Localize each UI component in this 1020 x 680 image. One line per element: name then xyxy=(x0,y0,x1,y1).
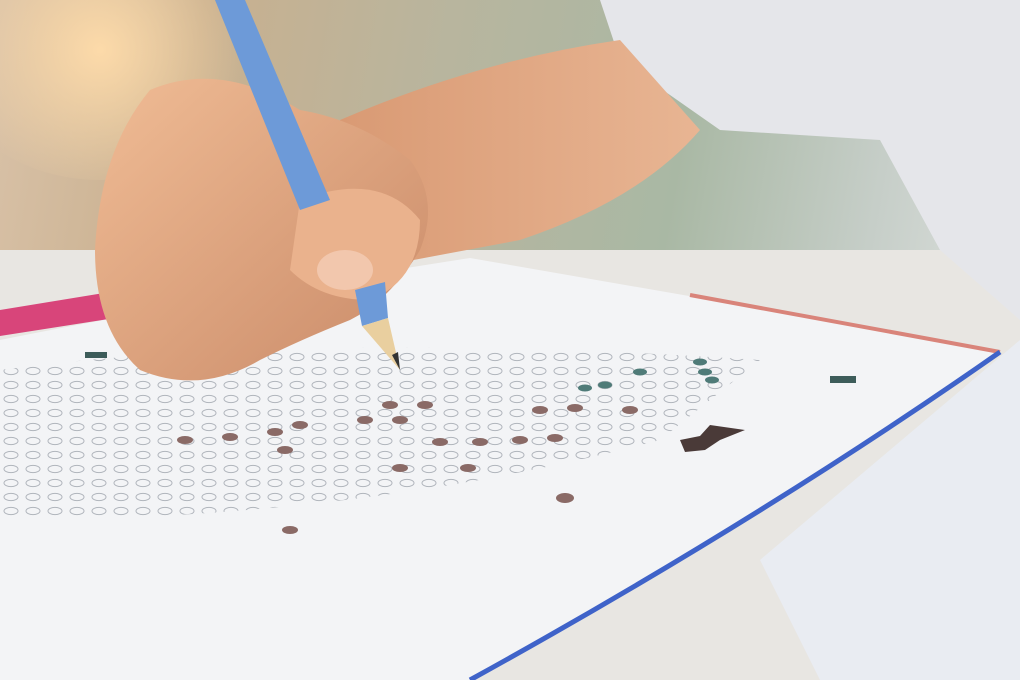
thumbnail xyxy=(317,250,373,290)
photo-scene xyxy=(0,0,1020,680)
timing-mark xyxy=(830,376,856,383)
timing-mark xyxy=(85,352,107,358)
photo-illustration xyxy=(0,0,1020,680)
